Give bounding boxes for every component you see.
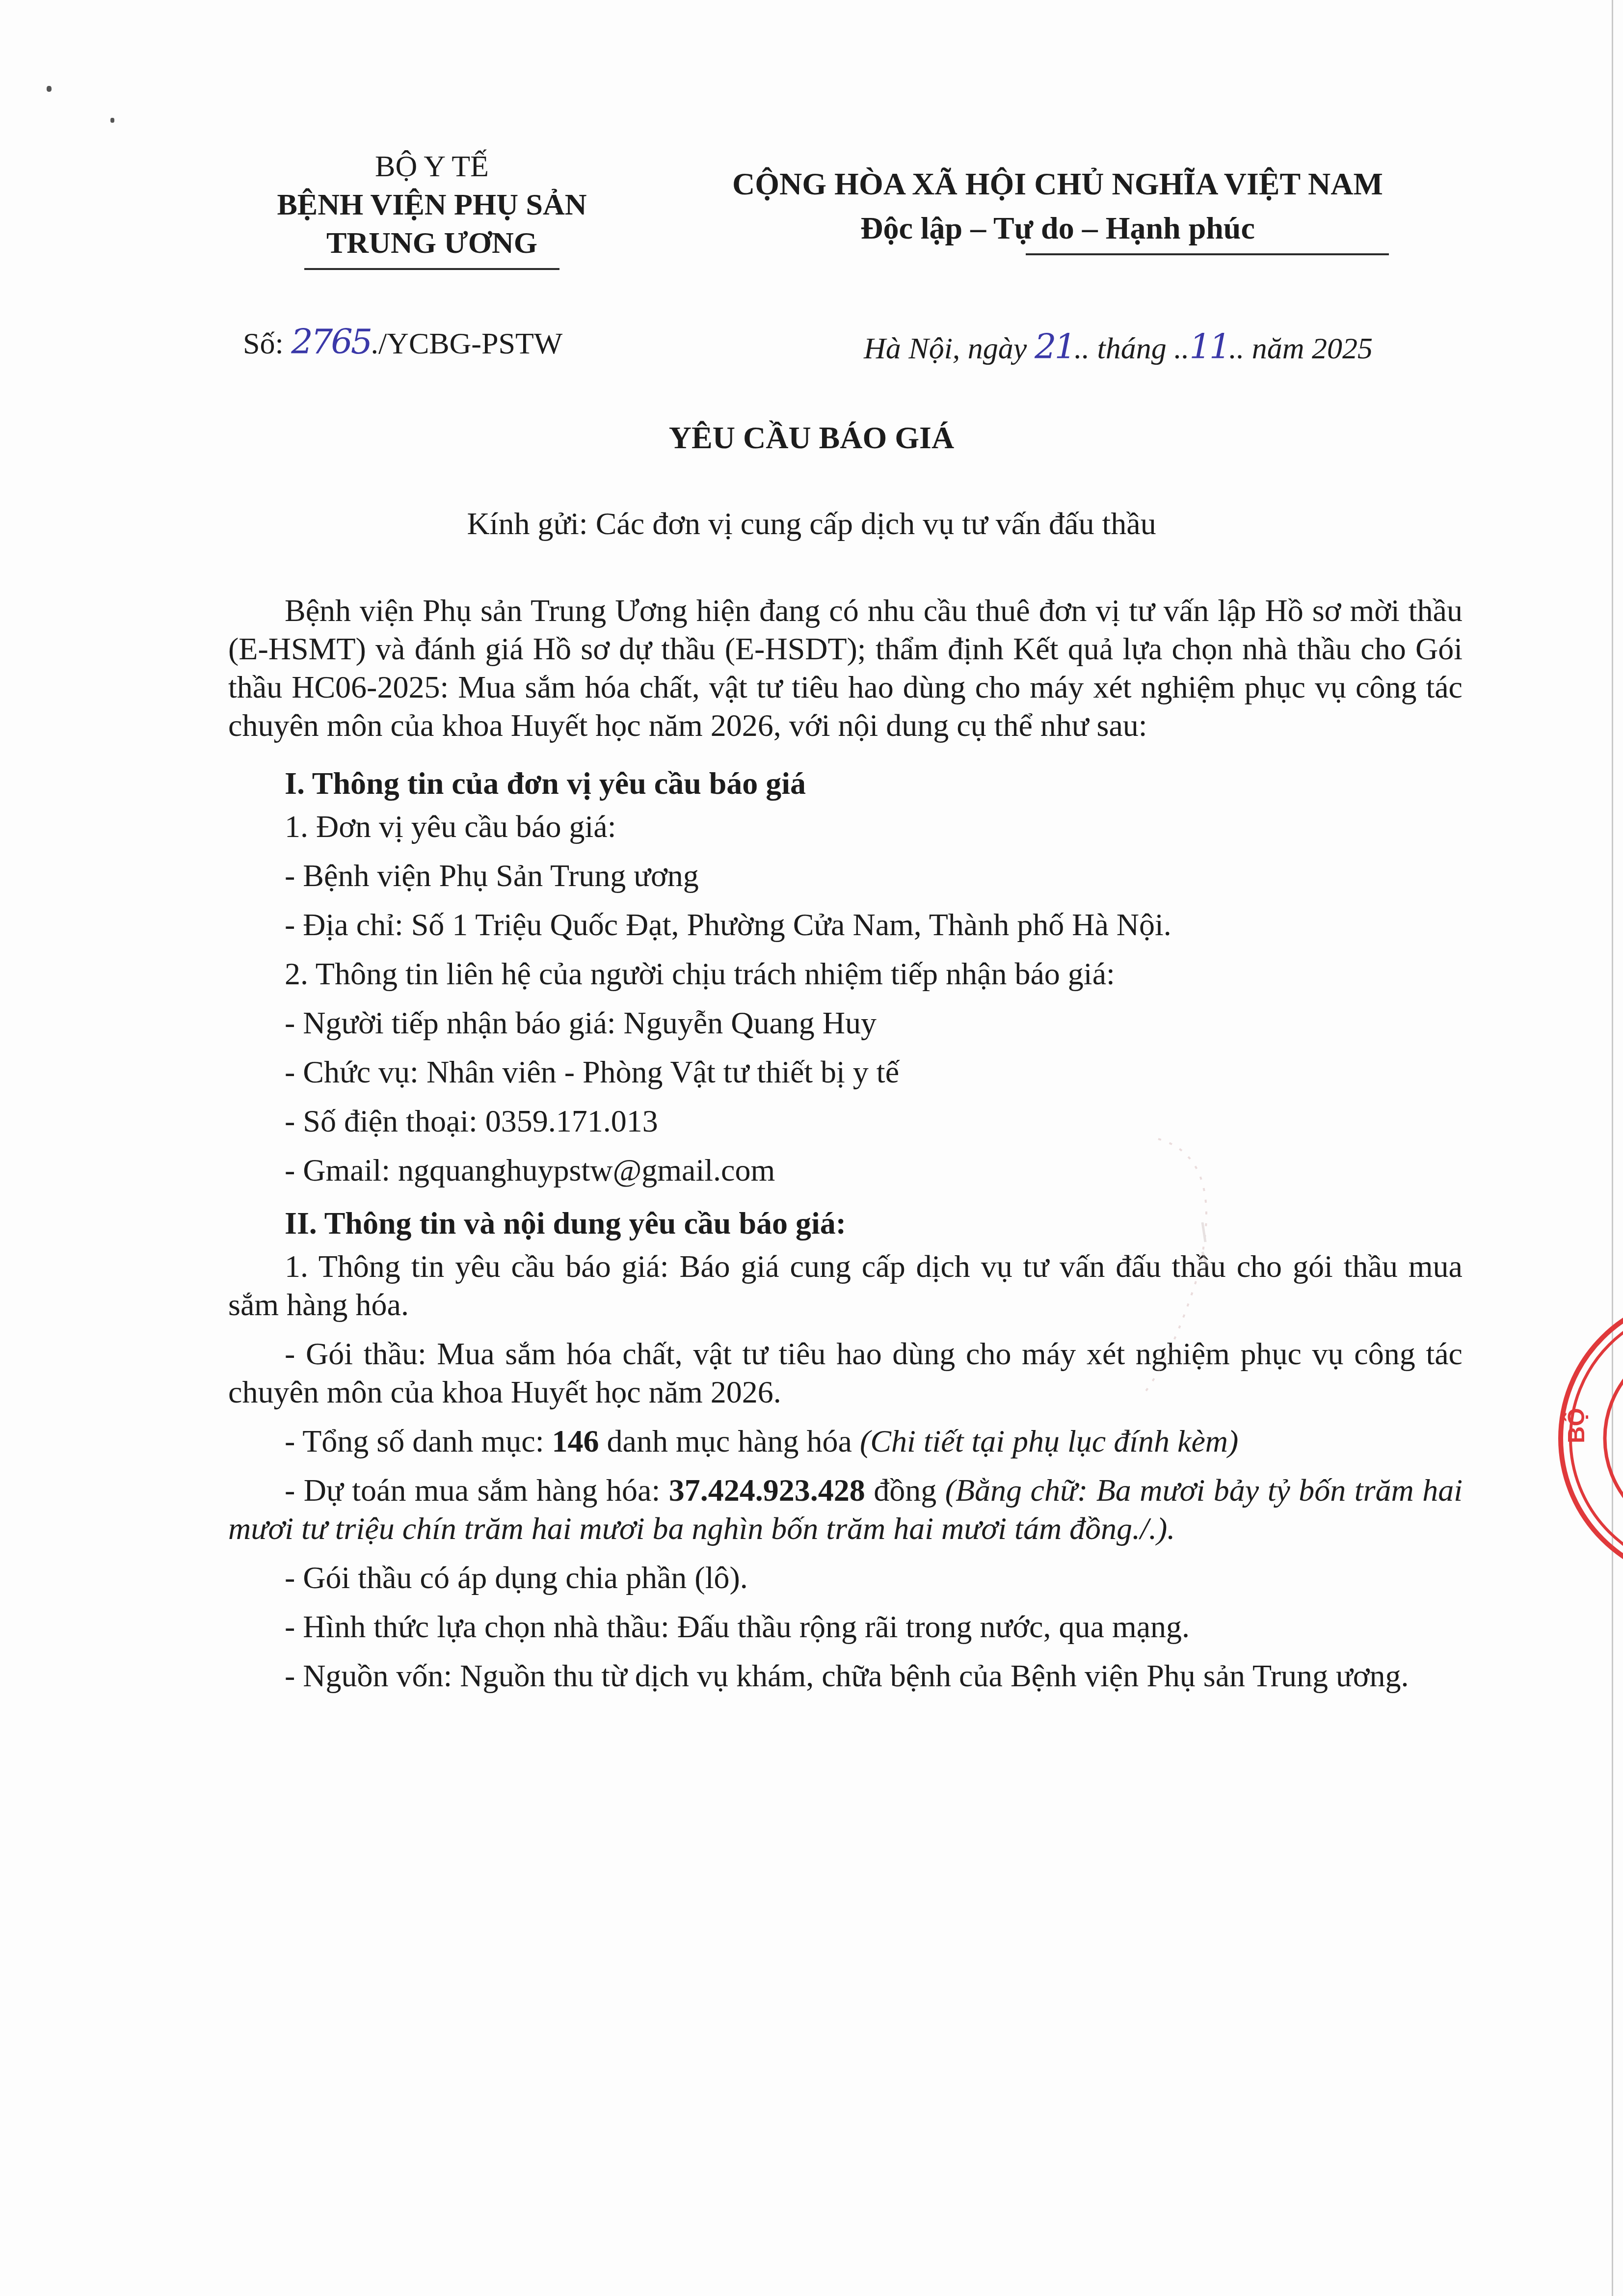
contact-position: - Chức vụ: Nhân viên - Phòng Vật tư thiế… — [285, 1053, 1463, 1091]
total-items-unit: danh mục hàng hóa — [599, 1424, 860, 1459]
handwritten-month: 11 — [1189, 326, 1229, 367]
hospital-name-line2: TRUNG ƯƠNG — [255, 224, 609, 262]
handwritten-doc-number: 2765 — [291, 322, 371, 362]
recipient-line: Kính gửi: Các đơn vị cung cấp dịch vụ tư… — [0, 506, 1623, 542]
total-items: - Tổng số danh mục: 146 danh mục hàng hó… — [285, 1422, 1463, 1460]
header-underline — [304, 268, 559, 270]
selection-method: - Hình thức lựa chọn nhà thầu: Đấu thầu … — [285, 1608, 1463, 1646]
total-items-label: - Tổng số danh mục: — [285, 1424, 552, 1459]
ministry-name: BỘ Y TẾ — [255, 147, 609, 186]
total-items-note: (Chi tiết tại phụ lục đính kèm) — [860, 1424, 1238, 1459]
section-1-item-1: 1. Đơn vị yêu cầu báo giá: — [285, 808, 1463, 846]
national-motto: Độc lập – Tự do – Hạnh phúc — [677, 206, 1438, 250]
section-1-item-2: 2. Thông tin liên hệ của người chịu trác… — [285, 955, 1463, 993]
handwritten-day: 21 — [1035, 326, 1074, 367]
lots-note: - Gói thầu có áp dụng chia phần (lô). — [285, 1559, 1463, 1597]
funding-source: - Nguồn vốn: Nguồn thu từ dịch vụ khám, … — [228, 1657, 1463, 1695]
motto-underline — [1026, 253, 1389, 255]
budget-label: - Dự toán mua sắm hàng hóa: — [285, 1473, 669, 1508]
document-number: Số: 2765./YCBG-PSTW — [243, 322, 562, 362]
hospital-name-line1: BỆNH VIỆN PHỤ SẢN — [255, 186, 609, 224]
budget-amount: 37.424.923.428 — [669, 1473, 865, 1508]
date-line: Hà Nội, ngày 21.. tháng ..11.. năm 2025 — [864, 326, 1373, 367]
budget: - Dự toán mua sắm hàng hóa: 37.424.923.4… — [228, 1471, 1463, 1548]
nation-name: CỘNG HÒA XÃ HỘI CHỦ NGHĨA VIỆT NAM — [677, 162, 1438, 206]
address: - Địa chỉ: Số 1 Triệu Quốc Đạt, Phường C… — [285, 906, 1463, 944]
scan-speck — [47, 86, 52, 92]
month-label: .. tháng .. — [1074, 332, 1189, 365]
budget-unit: đồng — [865, 1473, 945, 1508]
funding-source-text: - Nguồn vốn: Nguồn thu từ dịch vụ khám, … — [285, 1658, 1409, 1693]
intro-text: Bệnh viện Phụ sản Trung Ương hiện đang c… — [228, 593, 1463, 743]
total-items-count: 146 — [552, 1424, 599, 1459]
ghost-stamp-mark — [1129, 1129, 1384, 1404]
stamp-text: BỘ — [1563, 1408, 1590, 1443]
document-title: YÊU CẦU BÁO GIÁ — [0, 420, 1623, 456]
requesting-unit: - Bệnh viện Phụ Sản Trung ương — [285, 857, 1463, 895]
intro-paragraph: Bệnh viện Phụ sản Trung Ương hiện đang c… — [228, 592, 1463, 745]
scan-speck — [110, 118, 114, 123]
issuing-agency-header: BỘ Y TẾ BỆNH VIỆN PHỤ SẢN TRUNG ƯƠNG — [255, 147, 609, 270]
section-1-heading: I. Thông tin của đơn vị yêu cầu báo giá — [285, 764, 1463, 803]
official-stamp: BỘ — [1541, 1276, 1623, 1561]
contact-person: - Người tiếp nhận báo giá: Nguyễn Quang … — [285, 1004, 1463, 1042]
date-prefix: Hà Nội, ngày — [864, 332, 1035, 365]
national-header: CỘNG HÒA XÃ HỘI CHỦ NGHĨA VIỆT NAM Độc l… — [677, 162, 1438, 255]
year-label: .. năm 2025 — [1229, 332, 1373, 365]
doc-number-label: Số: — [243, 327, 291, 360]
page-edge — [1612, 0, 1613, 2296]
doc-number-suffix: ./YCBG-PSTW — [371, 327, 562, 360]
